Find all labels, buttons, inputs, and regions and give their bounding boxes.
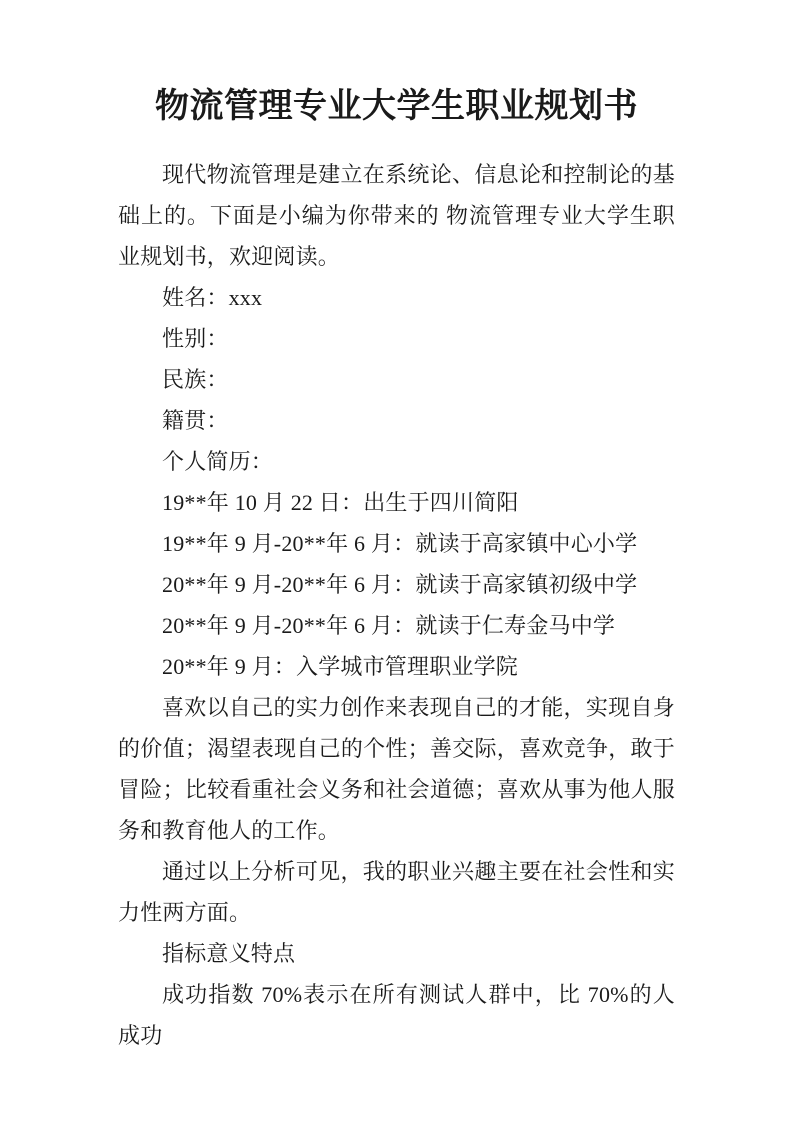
resume-heading: 个人简历： <box>118 441 675 482</box>
resume-item-junior: 20**年 9 月-20**年 6 月：就读于高家镇初级中学 <box>118 564 675 605</box>
success-index-line: 成功指数 70%表示在所有测试人群中，比 70%的人成功 <box>118 974 675 1056</box>
ethnicity-line: 民族： <box>118 359 675 400</box>
resume-item-birth: 19**年 10 月 22 日：出生于四川简阳 <box>118 482 675 523</box>
resume-item-college: 20**年 9 月：入学城市管理职业学院 <box>118 646 675 687</box>
name-line: 姓名：xxx <box>118 277 675 318</box>
document-title: 物流管理专业大学生职业规划书 <box>118 84 675 130</box>
resume-item-senior: 20**年 9 月-20**年 6 月：就读于仁寿金马中学 <box>118 605 675 646</box>
intro-paragraph: 现代物流管理是建立在系统论、信息论和控制论的基础上的。下面是小编为你带来的 物流… <box>118 154 675 277</box>
birthplace-line: 籍贯： <box>118 400 675 441</box>
analysis-paragraph: 通过以上分析可见，我的职业兴趣主要在社会性和实力性两方面。 <box>118 851 675 933</box>
indicator-heading: 指标意义特点 <box>118 933 675 974</box>
document-page: 物流管理专业大学生职业规划书 现代物流管理是建立在系统论、信息论和控制论的基础上… <box>0 0 793 1122</box>
interests-paragraph: 喜欢以自己的实力创作来表现自己的才能，实现自身的价值；渴望表现自己的个性；善交际… <box>118 687 675 851</box>
document-body: 现代物流管理是建立在系统论、信息论和控制论的基础上的。下面是小编为你带来的 物流… <box>118 154 675 1056</box>
gender-line: 性别： <box>118 318 675 359</box>
resume-item-primary: 19**年 9 月-20**年 6 月：就读于高家镇中心小学 <box>118 523 675 564</box>
